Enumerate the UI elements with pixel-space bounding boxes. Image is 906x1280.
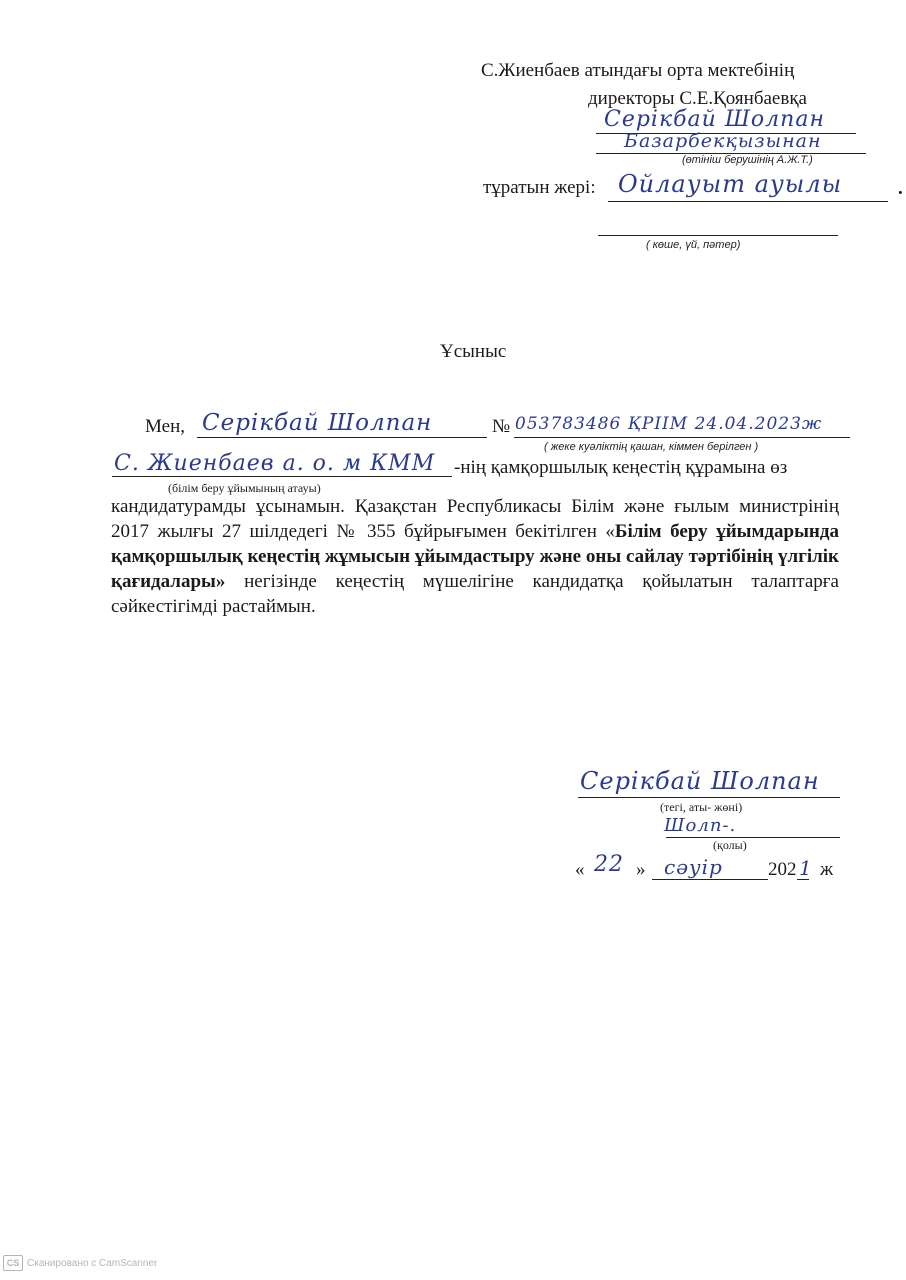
address-caption: ( көше, үй, пәтер) (646, 239, 740, 251)
date-year-digit-handwritten: 1 (799, 856, 813, 880)
signature-caption: (қолы) (713, 838, 747, 853)
residence-line (608, 201, 888, 202)
signature-name-caption: (тегі, аты- жөні) (660, 800, 742, 815)
org-handwritten: С. Жиенбаев а. о. м КММ (114, 451, 435, 476)
statement-paragraph: кандидатурамды ұсынамын. Қазақстан Респу… (111, 494, 839, 619)
number-sign: № (492, 416, 510, 438)
applicant-patronymic-handwritten: Базарбекқызынан (624, 130, 822, 152)
statement-name-handwritten: Серікбай Шолпан (202, 410, 432, 436)
date-open-quote: « (575, 859, 585, 881)
date-month-handwritten: сәуір (664, 855, 723, 879)
statement-prefix: Мен, (145, 416, 185, 438)
camscanner-watermark-text: Сканировано с CamScanner (27, 1258, 157, 1269)
org-suffix: -нің қамқоршылық кеңестің құрамына өз (454, 457, 787, 479)
date-day-handwritten: 22 (594, 852, 624, 877)
residence-label: тұратын жері: (483, 177, 596, 199)
camscanner-logo-icon: CS (3, 1255, 23, 1271)
date-year-prefix: 202 (768, 859, 797, 881)
addressee-line-1: С.Жиенбаев атындағы орта мектебінің (481, 60, 794, 82)
residence-handwritten: Ойлауыт ауылы (618, 170, 842, 198)
document-title: Ұсыныс (440, 341, 506, 363)
org-line (112, 476, 452, 477)
statement-name-line (197, 437, 487, 438)
residence-trailing-dot: . (898, 178, 903, 200)
signature-line (666, 837, 840, 838)
address-line (598, 235, 838, 236)
signature-name-line (578, 797, 840, 798)
date-year-suffix: ж (820, 859, 833, 881)
id-handwritten: 053783486 ҚРІІМ 24.04.2023ж (515, 414, 822, 434)
id-caption: ( жеке куәліктің қашан, кіммен берілген … (544, 441, 758, 453)
signature-handwritten: Шолп-. (664, 815, 736, 836)
date-month-line (652, 879, 768, 880)
id-line (514, 437, 850, 438)
applicant-caption: (өтініш берушінің А.Ж.Т.) (682, 154, 813, 166)
applicant-name-handwritten: Серікбай Шолпан (604, 107, 825, 132)
camscanner-watermark: CS Сканировано с CamScanner (3, 1255, 157, 1271)
signature-name-handwritten: Серікбай Шолпан (580, 767, 820, 795)
date-close-quote: » (636, 859, 646, 881)
